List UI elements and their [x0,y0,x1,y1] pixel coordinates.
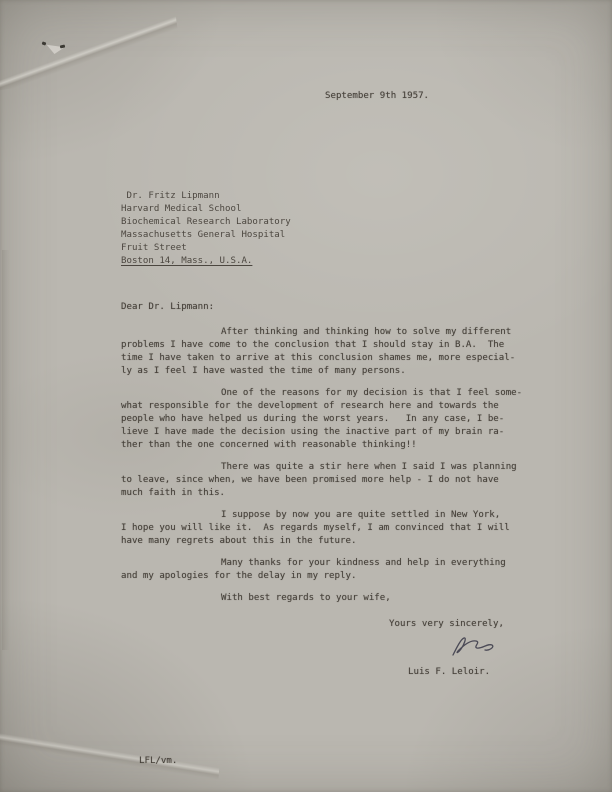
body-paragraph: Many thanks for your kindness and help i… [121,557,553,583]
body-paragraph: After thinking and thinking how to solve… [121,326,553,378]
paper-crease [0,722,221,785]
address-line: Massachusetts General Hospital [121,229,291,242]
letter-page: September 9th 1957. Dr. Fritz Lipmann Ha… [0,0,612,792]
body-paragraph: There was quite a stir here when I said … [121,461,553,500]
recipient-address: Dr. Fritz Lipmann Harvard Medical School… [121,190,291,268]
body-paragraph: I suppose by now you are quite settled i… [121,509,553,548]
signature-scribble [447,633,503,663]
paper-crease [0,15,183,91]
signed-name: Luis F. Leloir. [408,666,490,679]
paper-crease [2,250,12,650]
letter-date: September 9th 1957. [325,90,429,103]
staple-hole [60,45,66,49]
letter-body: After thinking and thinking how to solve… [121,326,553,614]
address-line-underlined: Boston 14, Mass., U.S.A. [121,255,291,268]
address-line: Fruit Street [121,242,291,255]
regards-line: With best regards to your wife, [121,592,553,605]
address-line: Harvard Medical School [121,203,291,216]
salutation: Dear Dr. Lipmann: [121,301,214,314]
closing-phrase: Yours very sincerely, [389,618,504,631]
staple-mark [38,33,72,57]
address-line: Biochemical Research Laboratory [121,216,291,229]
address-line: Dr. Fritz Lipmann [121,190,291,203]
body-paragraph: One of the reasons for my decision is th… [121,387,553,452]
typist-reference: LFL/vm. [139,755,177,768]
